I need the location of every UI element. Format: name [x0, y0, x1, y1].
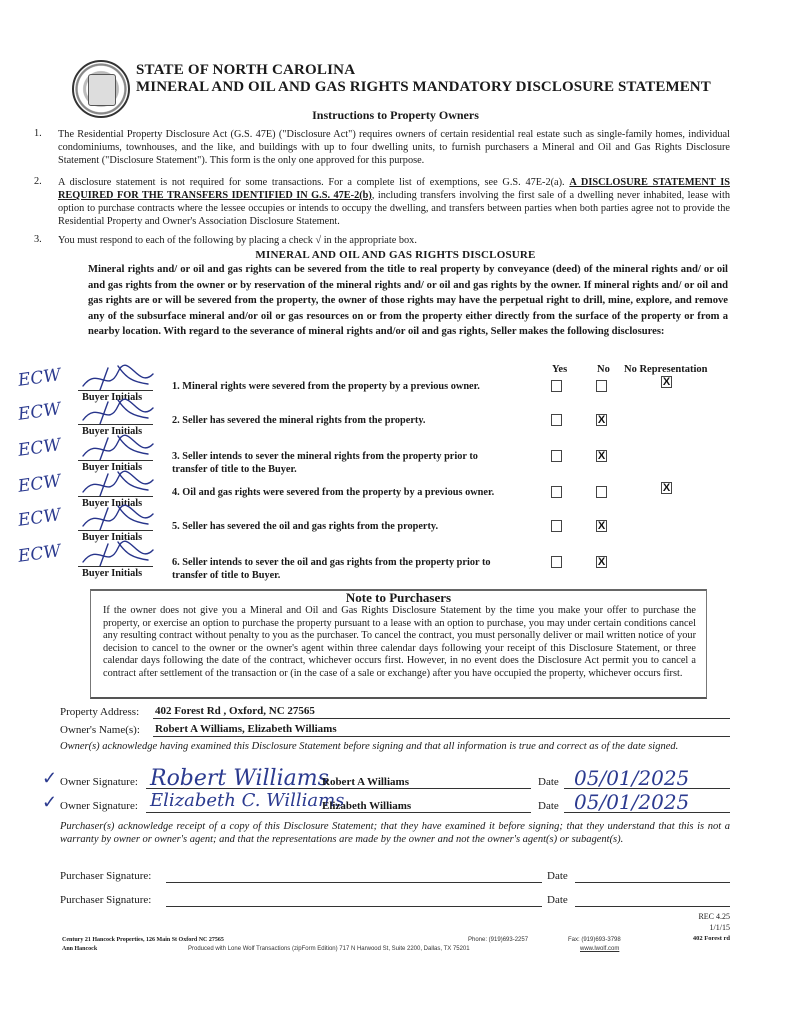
- column-no-representation: No Representation: [624, 364, 708, 375]
- footer-agent: Ann Hancock: [62, 946, 97, 952]
- buyer-initials-line[interactable]: [78, 496, 153, 497]
- buyer-initials-line[interactable]: [78, 566, 153, 567]
- owner-signature-label: Owner Signature:: [60, 776, 138, 788]
- owner-signature-handwritten: Elizabeth C. Williams: [150, 790, 344, 811]
- disclosure-item-text: 2. Seller has severed the mineral rights…: [172, 414, 512, 427]
- buyer-initials-line[interactable]: [78, 460, 153, 461]
- buyer-initials-signature: [78, 540, 158, 568]
- checkbox-yes[interactable]: [551, 380, 562, 392]
- date-label: Date: [547, 894, 568, 906]
- footer-phone: Phone: (919)693-2257: [468, 937, 528, 943]
- note-body: If the owner does not give you a Mineral…: [103, 605, 696, 681]
- form-code: REC 4.25: [640, 912, 730, 921]
- property-address-label: Property Address:: [60, 706, 139, 718]
- owners-names-label: Owner's Name(s):: [60, 724, 140, 736]
- instruction-3: You must respond to each of the followin…: [58, 234, 730, 247]
- buyer-initials-signature: [78, 398, 158, 426]
- instruction-2: A disclosure statement is not required f…: [58, 176, 730, 228]
- owner-signature-line[interactable]: [146, 812, 531, 813]
- checkbox-no[interactable]: X: [596, 450, 607, 462]
- property-address-field[interactable]: 402 Forest Rd , Oxford, NC 27565: [155, 705, 315, 717]
- purchaser-signature-line[interactable]: [166, 882, 542, 883]
- disclosure-item-text: 6. Seller intends to sever the oil and g…: [172, 556, 512, 582]
- property-address-line: [153, 718, 730, 719]
- purchaser-signature-line[interactable]: [166, 906, 542, 907]
- form-title: MINERAL AND OIL AND GAS RIGHTS MANDATORY…: [136, 79, 711, 96]
- seller-initials-handwritten: ECW: [17, 505, 62, 531]
- instruction-number: 1.: [34, 128, 42, 139]
- checkbox-no[interactable]: X: [596, 520, 607, 532]
- purchaser-acknowledgement: Purchaser(s) acknowledge receipt of a co…: [60, 820, 730, 846]
- seller-initials-handwritten: ECW: [17, 541, 62, 567]
- seller-initials-handwritten: ECW: [17, 365, 62, 391]
- checkbox-no[interactable]: [596, 380, 607, 392]
- owner-date-field[interactable]: 05/01/2025: [574, 766, 689, 790]
- footer-brokerage: Century 21 Hancock Properties, 126 Main …: [62, 937, 224, 943]
- note-title: Note to Purchasers: [90, 590, 707, 606]
- owner-acknowledgement: Owner(s) acknowledge having examined thi…: [60, 740, 730, 753]
- buyer-initials-line[interactable]: [78, 530, 153, 531]
- owner-signature-handwritten: Robert Williams: [150, 766, 329, 791]
- checkbox-no-representation[interactable]: X: [661, 482, 672, 494]
- instructions-heading: Instructions to Property Owners: [0, 108, 791, 123]
- disclosure-item-text: 3. Seller intends to sever the mineral r…: [172, 450, 512, 476]
- instruction-number: 3.: [34, 234, 42, 245]
- disclosure-item-text: 4. Oil and gas rights were severed from …: [172, 486, 512, 499]
- purchaser-signature-label: Purchaser Signature:: [60, 894, 151, 906]
- owner-signature-label: Owner Signature:: [60, 800, 138, 812]
- disclosure-item-text: 5. Seller has severed the oil and gas ri…: [172, 520, 512, 533]
- buyer-initials-line[interactable]: [78, 424, 153, 425]
- checkbox-no[interactable]: X: [596, 556, 607, 568]
- owner-date-field[interactable]: 05/01/2025: [574, 790, 689, 814]
- checkbox-yes[interactable]: [551, 520, 562, 532]
- date-label: Date: [538, 800, 559, 812]
- footer-fax: Fax: (919)693-3798: [568, 937, 621, 943]
- disclosure-heading: MINERAL AND OIL AND GAS RIGHTS DISCLOSUR…: [0, 249, 791, 261]
- instruction-1: The Residential Property Disclosure Act …: [58, 128, 730, 167]
- checkbox-yes[interactable]: [551, 556, 562, 568]
- form-file-name: 402 Forest rd: [640, 935, 730, 942]
- owners-names-field[interactable]: Robert A Williams, Elizabeth Williams: [155, 723, 337, 735]
- checkmark-handwritten: ✓: [42, 768, 57, 789]
- footer-produced-by: Produced with Lone Wolf Transactions (zi…: [188, 946, 470, 952]
- form-title-state: STATE OF NORTH CAROLINA: [136, 62, 355, 79]
- owners-names-line: [153, 736, 730, 737]
- checkbox-yes[interactable]: [551, 450, 562, 462]
- purchaser-date-field[interactable]: [575, 882, 730, 883]
- purchaser-date-field[interactable]: [575, 906, 730, 907]
- seller-initials-handwritten: ECW: [17, 471, 62, 497]
- checkmark-handwritten: ✓: [42, 792, 57, 813]
- date-label: Date: [538, 776, 559, 788]
- disclosure-intro: Mineral rights and/ or oil and gas right…: [88, 262, 728, 340]
- instruction-number: 2.: [34, 176, 42, 187]
- owner-printed-name: Robert A Williams: [322, 776, 409, 788]
- checkbox-no[interactable]: [596, 486, 607, 498]
- checkbox-no-representation[interactable]: X: [661, 376, 672, 388]
- checkbox-yes[interactable]: [551, 486, 562, 498]
- checkbox-no[interactable]: X: [596, 414, 607, 426]
- buyer-initials-signature: [78, 504, 158, 532]
- buyer-initials-signature: [78, 364, 158, 392]
- column-yes: Yes: [552, 364, 567, 375]
- seller-initials-handwritten: ECW: [17, 399, 62, 425]
- date-label: Date: [547, 870, 568, 882]
- buyer-initials-signature: [78, 470, 158, 498]
- checkbox-yes[interactable]: [551, 414, 562, 426]
- buyer-initials-label: Buyer Initials: [82, 568, 142, 579]
- purchaser-signature-label: Purchaser Signature:: [60, 870, 151, 882]
- seller-initials-handwritten: ECW: [17, 435, 62, 461]
- footer-website-link[interactable]: www.lwolf.com: [580, 946, 619, 952]
- buyer-initials-line[interactable]: [78, 390, 153, 391]
- disclosure-item-text: 1. Mineral rights were severed from the …: [172, 380, 512, 393]
- buyer-initials-signature: [78, 434, 158, 462]
- owner-printed-name: Elizabeth Williams: [322, 800, 411, 812]
- column-no: No: [597, 364, 610, 375]
- form-date: 1/1/15: [640, 923, 730, 932]
